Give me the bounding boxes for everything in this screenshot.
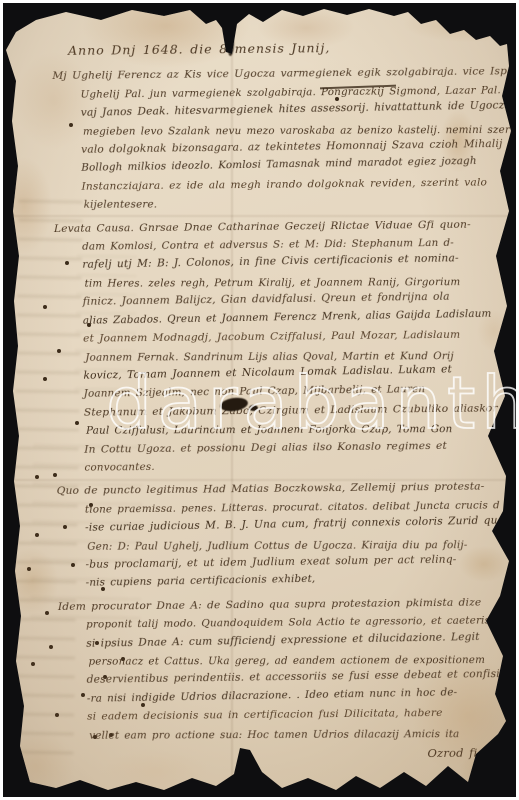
- manuscript-paragraphs: Mj Ughelij Ferencz az Kis vice Ugocza va…: [52, 63, 511, 745]
- manuscript-text: Anno Dnj 1648. die 8 mensis Junij, Mj Ug…: [52, 37, 512, 766]
- date-line: Anno Dnj 1648. die 8 mensis Junij,: [68, 37, 504, 60]
- photo-frame: Anno Dnj 1648. die 8 mensis Junij, Mj Ug…: [0, 0, 519, 800]
- manuscript-line: convocantes.: [84, 454, 508, 477]
- manuscript-paragraph: Quo de puncto legitimus Had Matias Boczk…: [57, 478, 510, 593]
- scan-background: Anno Dnj 1648. die 8 mensis Junij, Mj Ug…: [3, 3, 516, 797]
- signature-line: Ozrod fi: [59, 743, 511, 766]
- manuscript-paragraph: Levata Causa. Gnrsae Dnae Catharinae Gec…: [54, 215, 509, 477]
- ink-speckles: [6, 6, 8, 8]
- manuscript-paper: Anno Dnj 1648. die 8 mensis Junij, Mj Ug…: [6, 6, 513, 794]
- ink-blot: [249, 405, 258, 411]
- manuscript-line: vellet eam pro actione sua: Hoc tamen Ud…: [89, 724, 513, 744]
- manuscript-line: Stephanum et Jakobum Zabo, Czirgium et L…: [84, 399, 508, 422]
- manuscript-line: Instancziajara. ez ide ala megh irando d…: [81, 173, 505, 196]
- manuscript-paragraph: Mj Ughelij Ferencz az Kis vice Ugocza va…: [52, 63, 506, 215]
- manuscript-line: kijelentesere.: [84, 194, 508, 214]
- manuscript-line: Paul Cziffalusi, Laurincium et Joannem F…: [86, 420, 510, 440]
- manuscript-paragraph: Idem procurator Dnae A: de Sadino qua su…: [58, 593, 512, 745]
